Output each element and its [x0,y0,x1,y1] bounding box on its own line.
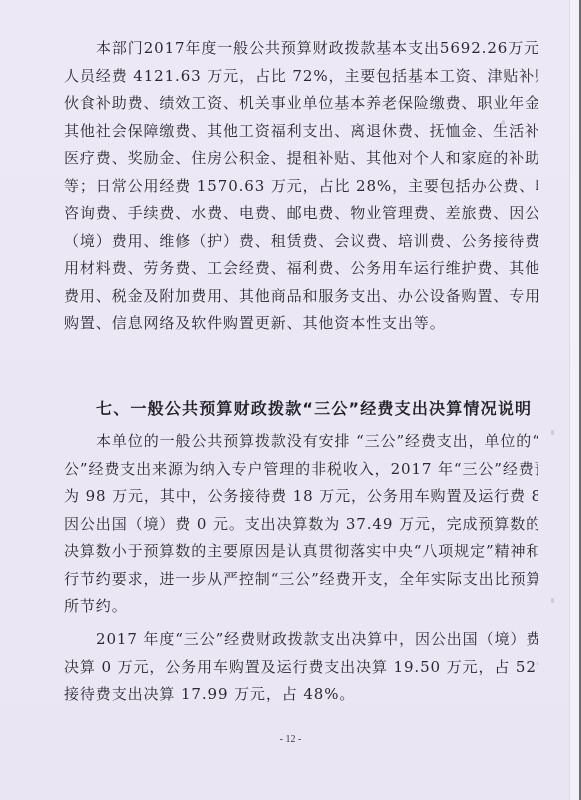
text-line: 因公出国（境）费 0 元。支出决算数为 37.49 万元，完成预算数的 38%； [64,514,538,534]
text-line: 咨询费、手续费、水费、电费、邮电费、物业管理费、差旅费、因公出国 [64,203,538,223]
text-line: 费用、税金及附加费用、其他商品和服务支出、办公设备购置、专用设备 [64,286,538,306]
text-line: 人员经费 4121.63 万元，占比 72%，主要包括基本工资、津贴补贴、奖金、 [64,66,538,86]
scan-speck [551,598,554,603]
text-line: 所节约。 [64,596,538,616]
text-line: 决算 0 万元，公务用车购置及运行费支出决算 19.50 万元，占 52%；公务 [64,657,538,677]
text-line: 公”经费支出来源为纳入专户管理的非税收入，2017 年“三公”经费预算 [64,459,538,479]
text-line: （境）费用、维修（护）费、租赁费、会议费、培训费、公务接待费、专 [64,231,538,251]
text-line: 医疗费、奖励金、住房公积金、提租补贴、其他对个人和家庭的补助支出 [64,148,538,168]
text-line: 购置、信息网络及软件购置更新、其他资本性支出等。 [64,313,538,333]
text-line: 本单位的一般公共预算拨款没有安排 “三公”经费支出，单位的“三 [96,431,538,451]
page-number: - 12 - [0,734,581,745]
scanned-page: 本部门2017年度一般公共预算财政拨款基本支出5692.26万元,其中: 人员经… [0,0,570,800]
text-line: 本部门2017年度一般公共预算财政拨款基本支出5692.26万元,其中: [96,38,538,58]
text-line: 2017 年度“三公”经费财政拨款支出决算中，因公出国（境）费支出 [96,629,538,649]
text-line: 行节约要求，进一步从严控制“三公”经费开支，全年实际支出比预算有 [64,569,538,589]
scan-speck [502,120,505,125]
text-line: 为 98 万元，其中，公务接待费 18 万元，公务用车购置及运行费 80 万元， [64,486,538,506]
text-line: 决算数小于预算数的主要原因是认真贯彻落实中央“八项规定”精神和厉 [64,541,538,561]
section-heading: 七、一般公共预算财政拨款“三公”经费支出决算情况说明 [96,398,532,420]
text-line: 等；日常公用经费 1570.63 万元，占比 28%，主要包括办公费、印刷费、 [64,176,538,196]
scan-speck [551,430,554,435]
text-line: 用材料费、劳务费、工会经费、福利费、公务用车运行维护费、其他交通 [64,258,538,278]
text-line: 伙食补助费、绩效工资、机关事业单位基本养老保险缴费、职业年金缴费、 [64,93,538,113]
text-line: 其他社会保障缴费、其他工资福利支出、离退休费、抚恤金、生活补助、 [64,121,538,141]
text-line: 接待费支出决算 17.99 万元，占 48%。 [64,684,538,704]
